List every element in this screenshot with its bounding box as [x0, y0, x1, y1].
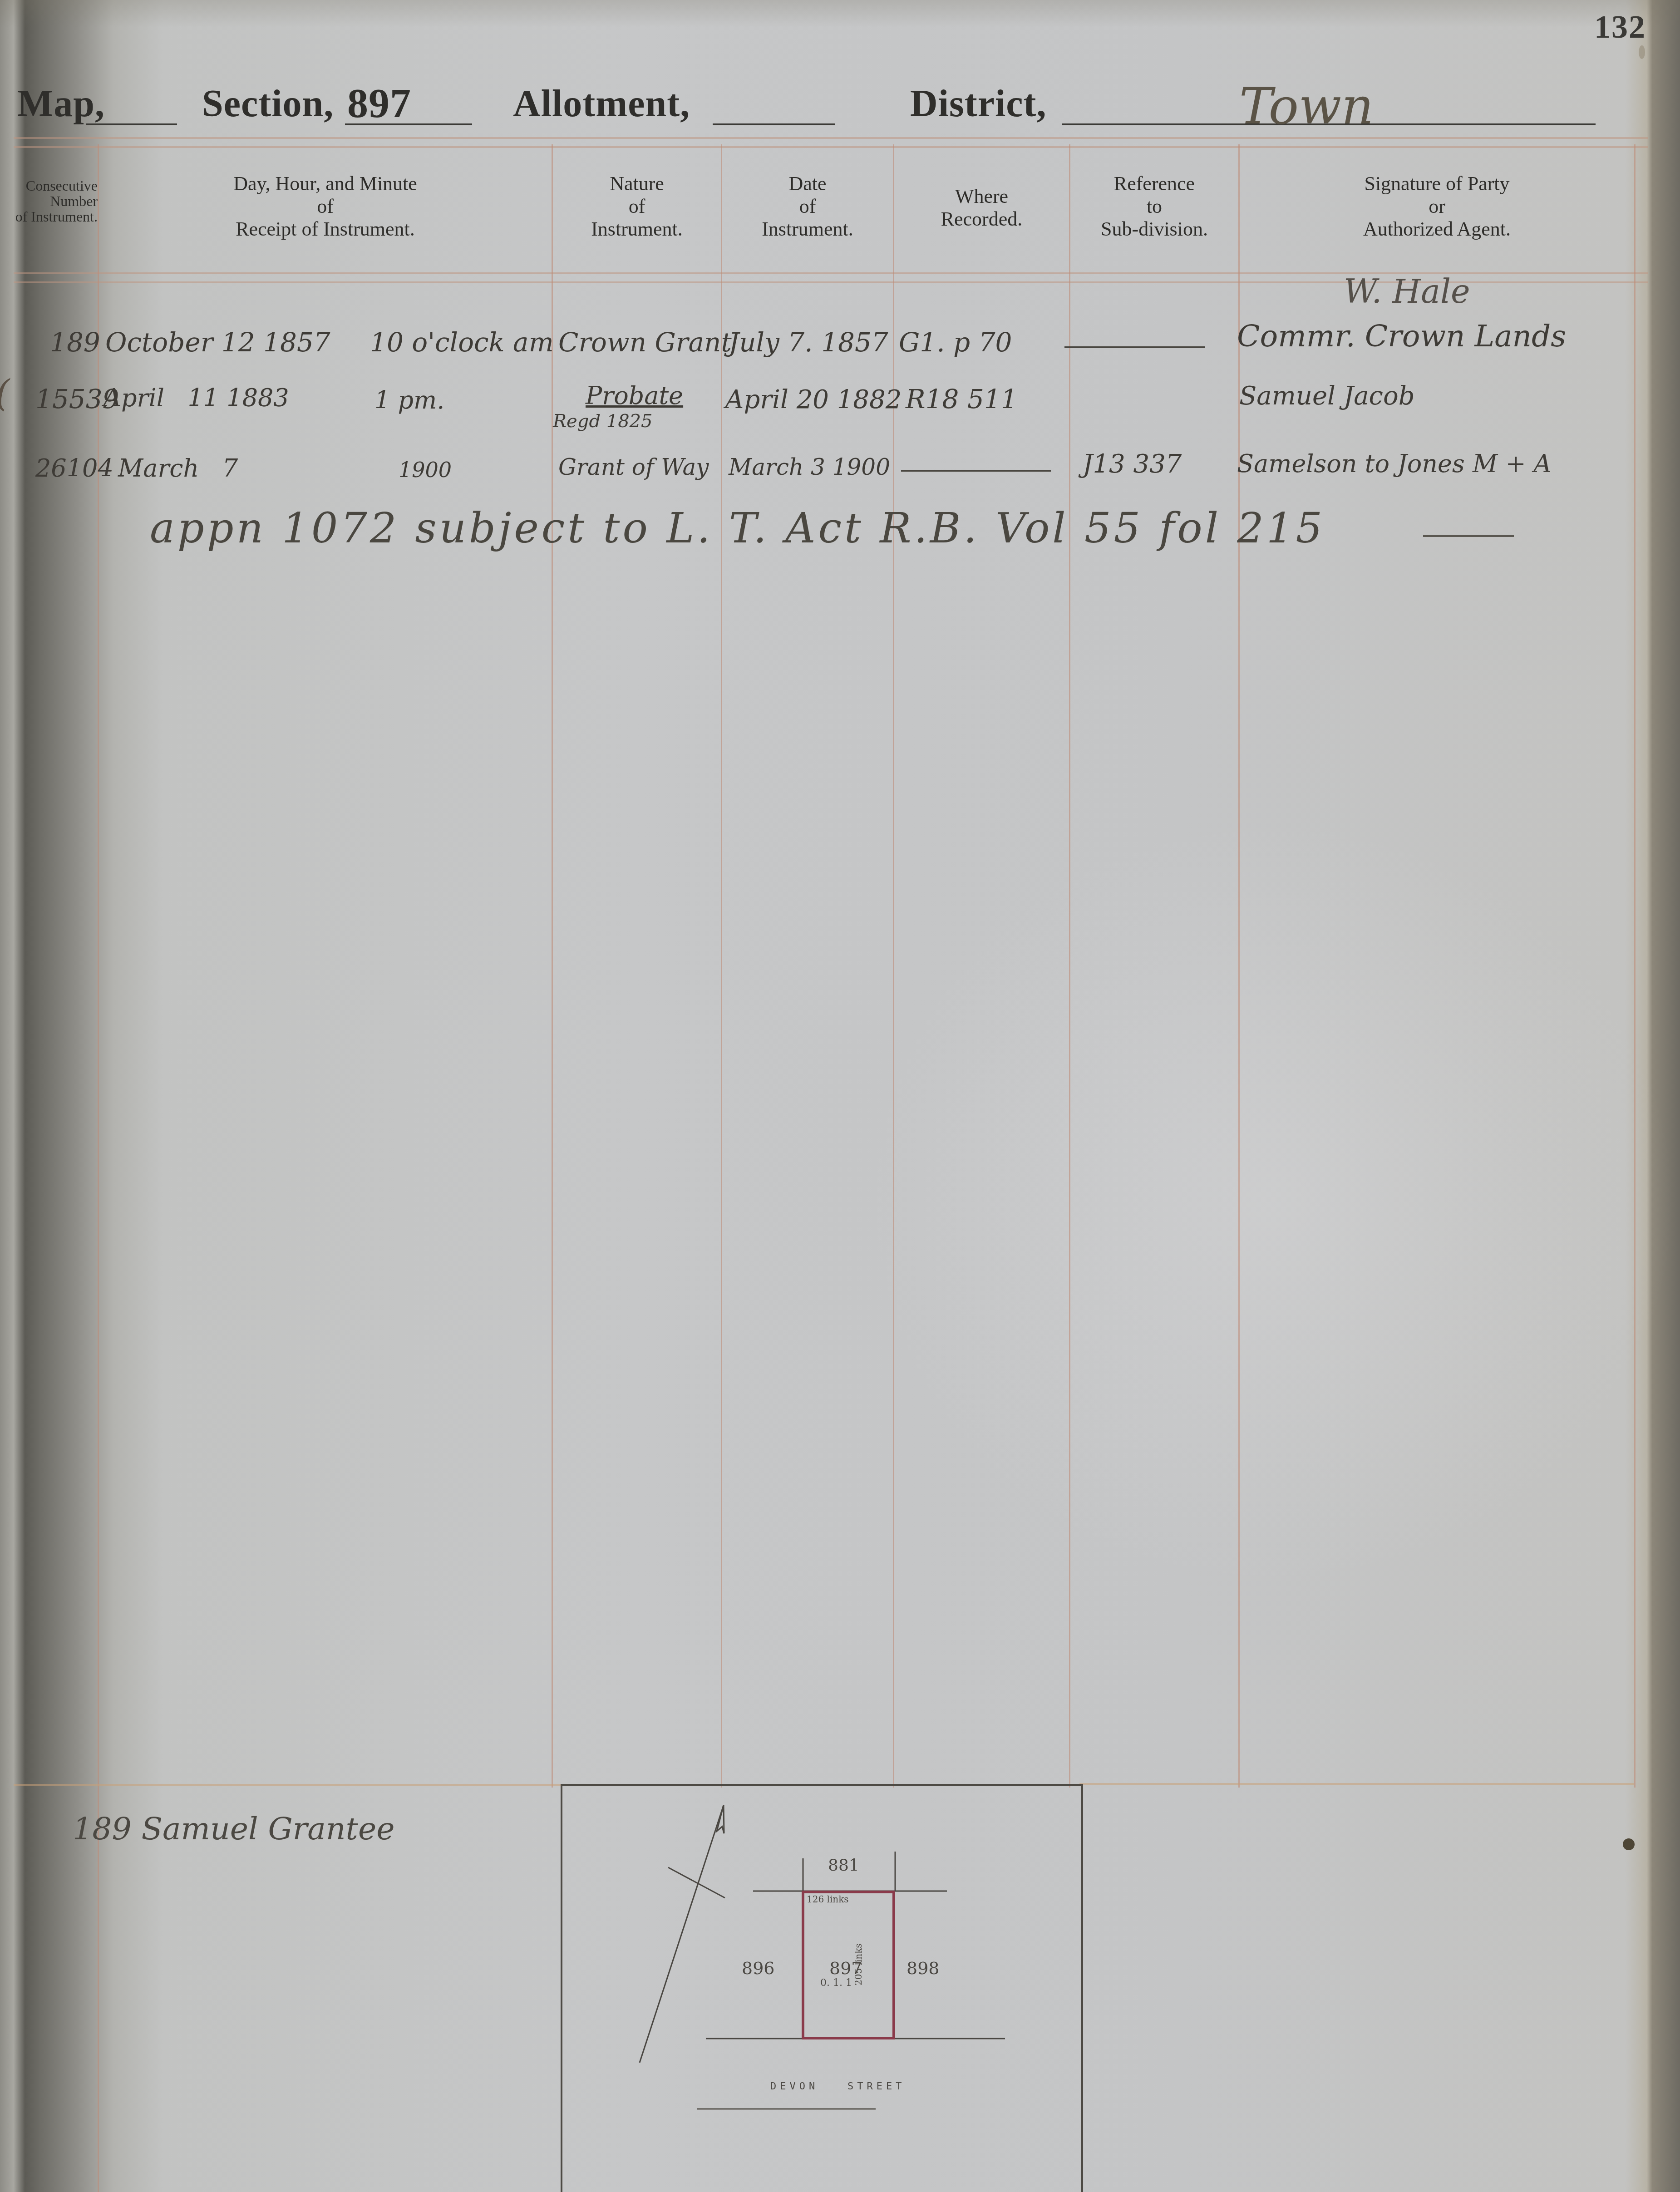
allotment-label: Allotment, — [513, 82, 690, 126]
title-fields: Map, Section, 897 Allotment, District, T… — [0, 82, 1634, 132]
depth-dimension: 205 links — [853, 1943, 864, 1985]
header-where-recorded: Where Recorded. — [894, 185, 1069, 231]
allotment-value-rule — [713, 123, 835, 125]
row-where-recorded: G1. p 70 — [899, 327, 1012, 358]
row-nature-note: Regd 1825 — [553, 411, 653, 432]
district-value: Town — [1239, 77, 1374, 135]
lot-area: 0. 1. 1 — [820, 1977, 852, 1989]
header-line: Where — [894, 185, 1069, 208]
header-top-rule — [14, 137, 1648, 148]
header-receipt: Day, Hour, and Minute of Receipt of Inst… — [99, 172, 552, 241]
row-number: 26104 — [35, 454, 113, 483]
plan-box: 881 126 links 896 897 0. 1. 1 898 205 li… — [561, 1784, 1083, 2192]
lower-rule-left — [14, 1784, 561, 1786]
page-number: 132 — [1594, 8, 1646, 46]
header-line: Sub-division. — [1070, 218, 1238, 241]
west-lot-number: 896 — [742, 1958, 775, 1978]
header-line: Number — [14, 193, 98, 209]
frontage-dimension: 126 links — [807, 1894, 849, 1905]
map-label: Map, — [17, 82, 105, 126]
margin-bracket: ( — [0, 372, 10, 414]
row-signature: Samuel Jacob — [1239, 381, 1415, 411]
row-receipt-date: April 11 1883 — [103, 384, 289, 412]
ink-stain — [1623, 1838, 1635, 1850]
row-date: July 7. 1857 — [729, 327, 888, 358]
header-line: Consecutive — [14, 178, 98, 193]
row-reference: J13 337 — [1083, 449, 1182, 479]
row-signature: Commr. Crown Lands — [1237, 319, 1566, 354]
column-divider-5 — [1069, 144, 1070, 1788]
header-line: of — [99, 195, 552, 218]
row-date: April 20 1882 — [725, 385, 902, 414]
east-lot-number: 898 — [907, 1958, 940, 1978]
header-line: Authorized Agent. — [1240, 218, 1634, 241]
header-line: or — [1240, 195, 1634, 218]
row-signature: Samelson to Jones M + A — [1237, 449, 1552, 478]
header-line: to — [1070, 195, 1238, 218]
street-name: DEVON STREET — [770, 2081, 905, 2092]
header-line: Recorded. — [894, 208, 1069, 231]
annotation-text: appn 1072 subject to L. T. Act R.B. Vol … — [150, 504, 1325, 552]
row-where-recorded-dash — [901, 470, 1051, 472]
column-divider-3 — [721, 144, 722, 1788]
header-line: of — [553, 195, 721, 218]
row-receipt-time: 10 o'clock am — [370, 327, 554, 358]
map-value-rule — [86, 123, 177, 125]
row-receipt-time: 1 pm. — [374, 386, 444, 414]
plan-diagram — [562, 1786, 1081, 2192]
header-line: of — [722, 195, 893, 218]
row-nature: Crown Grant — [558, 327, 732, 358]
row-number: 189 — [50, 327, 100, 358]
row-nature: Probate — [586, 381, 683, 410]
row-receipt-time: 1900 — [399, 458, 452, 482]
north-lot-number: 881 — [828, 1856, 859, 1875]
lower-rule-right — [1079, 1783, 1634, 1785]
column-divider-1 — [98, 144, 99, 2192]
section-label: Section, — [202, 82, 334, 126]
page-shadow — [0, 0, 1680, 27]
header-line: Nature — [553, 172, 721, 195]
ledger-page: 132 Map, Section, 897 Allotment, Distric… — [0, 0, 1680, 2192]
header-line: Signature of Party — [1240, 172, 1634, 195]
header-line: Reference — [1070, 172, 1238, 195]
header-line: Day, Hour, and Minute — [99, 172, 552, 195]
row-date: March 3 1900 — [729, 454, 890, 480]
header-line: Instrument. — [722, 218, 893, 241]
header-reference: Reference to Sub-division. — [1070, 172, 1238, 241]
header-line: Instrument. — [553, 218, 721, 241]
edge-stain — [1639, 45, 1645, 59]
column-divider-2 — [552, 144, 553, 1788]
paper-light-patch — [862, 817, 1680, 1589]
header-line: Receipt of Instrument. — [99, 218, 552, 241]
row-nature: Grant of Way — [558, 454, 709, 480]
header-consecutive-number: Consecutive Number of Instrument. — [14, 178, 98, 224]
header-line: of Instrument. — [14, 209, 98, 224]
grantee-note: 189 Samuel Grantee — [73, 1811, 394, 1847]
district-label: District, — [910, 82, 1047, 126]
column-divider-right — [1634, 144, 1636, 1788]
north-arrow-icon — [640, 1805, 725, 2063]
row-receipt-date: October 12 1857 — [105, 327, 330, 358]
row-signature-above: W. Hale — [1344, 272, 1470, 310]
row-receipt-date: March 7 — [118, 454, 238, 483]
row-where-recorded: R18 511 — [906, 384, 1018, 414]
header-signature: Signature of Party or Authorized Agent. — [1240, 172, 1634, 241]
header-nature: Nature of Instrument. — [553, 172, 721, 241]
row-reference-dash — [1064, 346, 1205, 348]
annotation-dash — [1423, 535, 1514, 537]
header-line: Date — [722, 172, 893, 195]
section-value: 897 — [347, 79, 411, 127]
header-date: Date of Instrument. — [722, 172, 893, 241]
